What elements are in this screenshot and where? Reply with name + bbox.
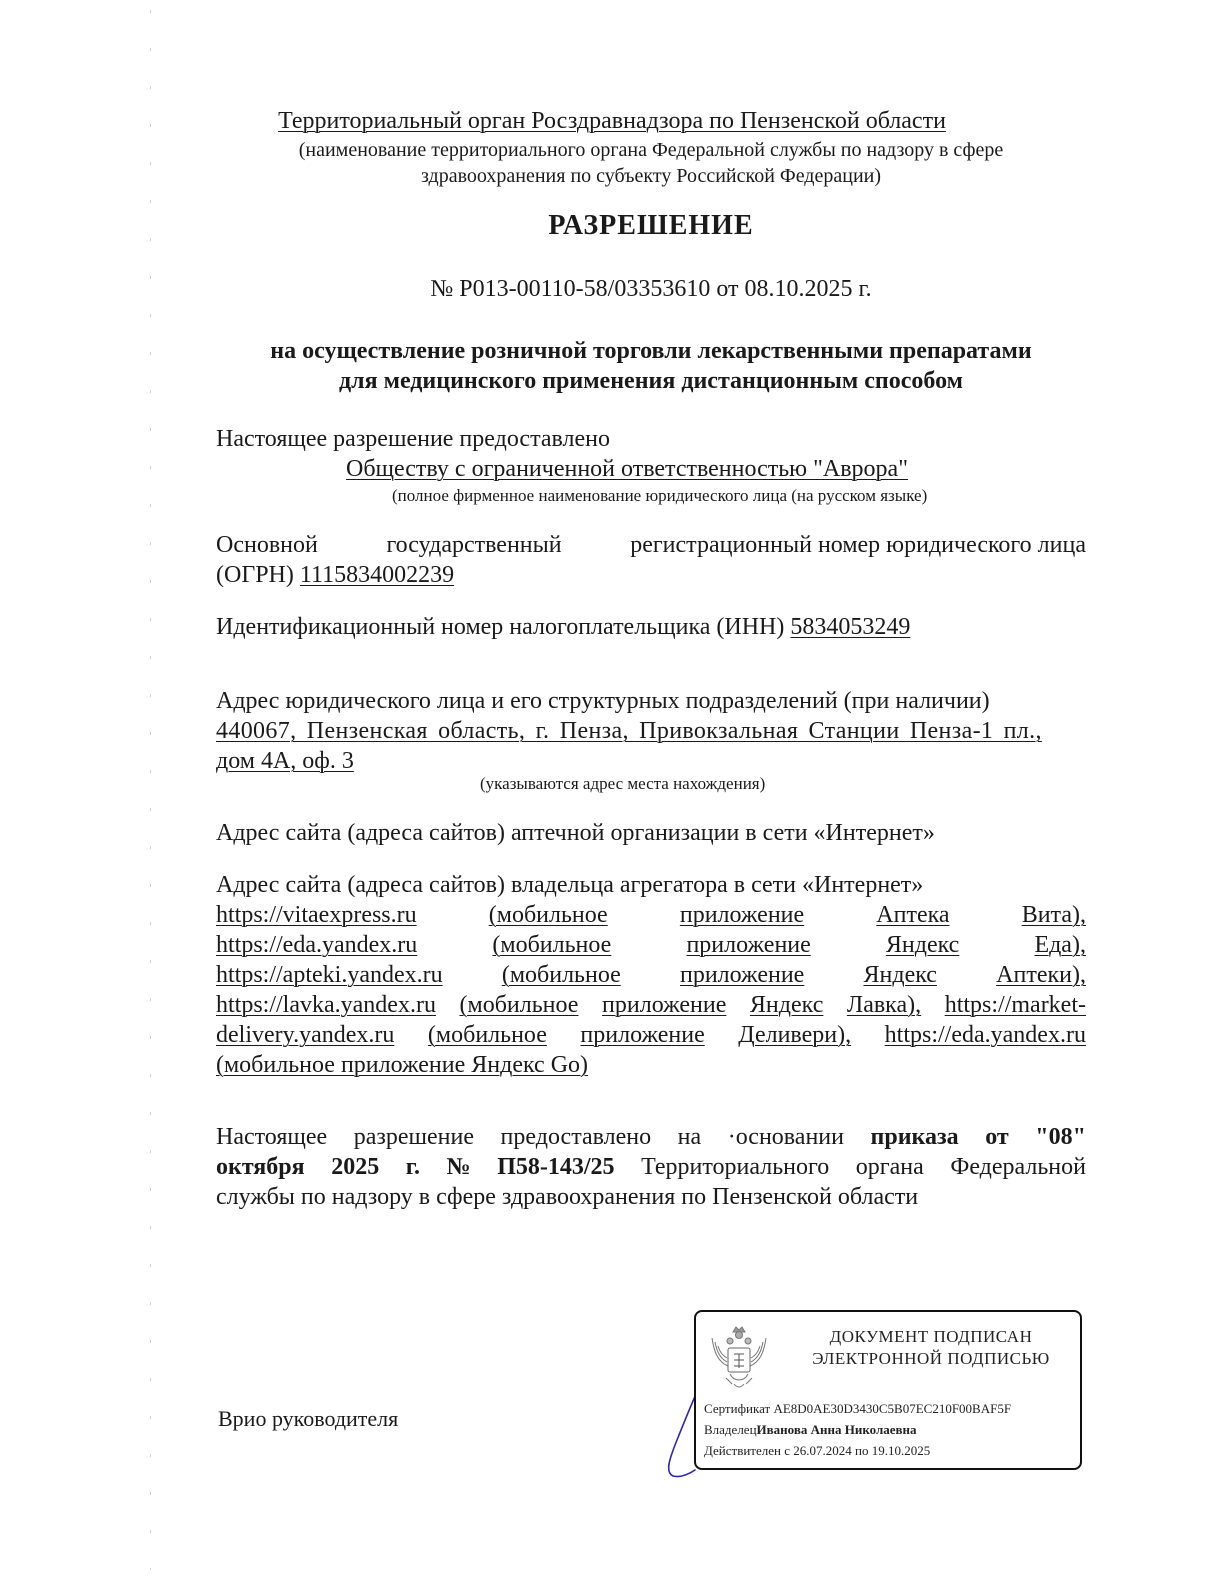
aggregator-line: https://vitaexpress.ru (мобильное прилож… xyxy=(216,900,1086,930)
aggregator-text: Яндекс xyxy=(750,990,823,1020)
ogrn-value: 1115834002239 xyxy=(300,562,454,588)
aggregator-text: (мобильное xyxy=(428,1020,547,1050)
document-number: № Р013-00110-58/03353610 от 08.10.2025 г… xyxy=(0,274,1224,304)
legal-address-label: Адрес юридического лица и его структурны… xyxy=(216,686,1086,716)
basis-word: Федеральной xyxy=(950,1152,1086,1182)
permit-document-page: Территориальный орган Росздравнадзора по… xyxy=(0,0,1224,1584)
signer-title: Врио руководителя xyxy=(218,1405,398,1433)
aggregator-text: (мобильное xyxy=(492,930,611,960)
aggregator-text: приложение xyxy=(680,900,804,930)
pharmacy-website-label: Адрес сайта (адреса сайтов) аптечной орг… xyxy=(216,818,935,848)
document-purpose-line-1: на осуществление розничной торговли лека… xyxy=(0,336,1224,366)
legal-address-caption: (указываются адрес места нахождения) xyxy=(480,773,765,795)
inn-section: Идентификационный номер налогоплательщик… xyxy=(216,612,910,642)
basis-order-number: П58-143/25 xyxy=(497,1152,614,1182)
aggregator-text: (мобильное xyxy=(502,960,621,990)
aggregator-line: delivery.yandex.ru (мобильное приложение… xyxy=(216,1020,1086,1050)
document-purpose: на осуществление розничной торговли лека… xyxy=(0,336,1224,396)
stamp-details: Сертификат AE8D0AE30D3430C5B07EC210F00BA… xyxy=(704,1398,1011,1461)
aggregator-link[interactable]: https://market- xyxy=(945,990,1086,1020)
ogrn-label-word: Основной xyxy=(216,530,318,560)
aggregator-line: https://eda.yandex.ru (мобильное приложе… xyxy=(216,930,1086,960)
aggregator-text: (мобильное приложение Яндекс Go) xyxy=(216,1050,588,1080)
aggregator-link[interactable]: https://eda.yandex.ru xyxy=(216,930,417,960)
basis-line-2: октября 2025 г. № П58-143/25 Территориал… xyxy=(216,1152,1086,1182)
aggregator-text: приложение xyxy=(602,990,726,1020)
aggregator-line: (мобильное приложение Яндекс Go) xyxy=(216,1050,1086,1080)
aggregator-text: Яндекс xyxy=(886,930,959,960)
basis-order-date-day: "08" xyxy=(1035,1122,1086,1152)
basis-word: на xyxy=(678,1122,702,1152)
basis-order-word: приказа xyxy=(871,1122,959,1152)
ogrn-label-word: государственный xyxy=(386,530,561,560)
grantee-name: Обществу с ограниченной ответственностью… xyxy=(346,454,908,484)
issuing-authority: Территориальный орган Росздравнадзора по… xyxy=(0,106,1224,136)
stamp-validity: Действителен с 26.07.2024 по 19.10.2025 xyxy=(704,1440,1011,1461)
stamp-owner: ВладелецИванова Анна Николаевна xyxy=(704,1419,1011,1440)
permit-basis-section: Настоящее разрешение предоставлено на ·о… xyxy=(216,1122,1086,1212)
aggregator-text: Еда), xyxy=(1034,930,1086,960)
ogrn-value-line: (ОГРН) 1115834002239 xyxy=(216,560,1086,590)
basis-order-word: № xyxy=(447,1152,471,1182)
certificate-label: Сертификат xyxy=(704,1401,770,1416)
basis-word: Территориального xyxy=(641,1152,829,1182)
grantee-label: Настоящее разрешение предоставлено xyxy=(216,424,610,454)
stamp-heading-line-2: ЭЛЕКТРОННОЙ ПОДПИСЬЮ xyxy=(786,1348,1076,1370)
basis-word: предоставлено xyxy=(501,1122,652,1152)
ogrn-abbr: (ОГРН) xyxy=(216,562,294,588)
basis-order-word: 2025 xyxy=(331,1152,379,1182)
basis-word: Настоящее xyxy=(216,1122,327,1152)
owner-value: Иванова Анна Николаевна xyxy=(757,1422,917,1437)
ogrn-label-word: регистрационный номер юридического лица xyxy=(630,530,1086,560)
issuing-authority-name: Территориальный орган Росздравнадзора по… xyxy=(278,108,946,134)
stamp-heading: ДОКУМЕНТ ПОДПИСАН ЭЛЕКТРОННОЙ ПОДПИСЬЮ xyxy=(786,1326,1076,1370)
ogrn-section: Основной государственный регистрационный… xyxy=(216,530,1086,590)
stamp-heading-line-1: ДОКУМЕНТ ПОДПИСАН xyxy=(786,1326,1076,1348)
legal-address-value-line-2: дом 4А, оф. 3 xyxy=(216,746,1086,776)
aggregator-text: (мобильное xyxy=(489,900,608,930)
stamp-certificate: Сертификат AE8D0AE30D3430C5B07EC210F00BA… xyxy=(704,1398,1011,1419)
basis-word: службы по надзору в сфере здравоохранени… xyxy=(216,1182,918,1212)
basis-order-word: октября xyxy=(216,1152,305,1182)
authority-caption-line-1: (наименование территориального органа Фе… xyxy=(0,137,1224,163)
document-purpose-line-2: для медицинского применения дистанционны… xyxy=(0,366,1224,396)
legal-address-text: дом 4А, оф. 3 xyxy=(216,748,354,774)
legal-address-text: 440067, Пензенская область, г. Пенза, Пр… xyxy=(216,716,1042,746)
basis-order-word: от xyxy=(985,1122,1008,1152)
aggregator-text: Лавка), xyxy=(847,990,921,1020)
aggregator-text: Аптеки), xyxy=(996,960,1086,990)
validity-label: Действителен xyxy=(704,1443,781,1458)
inn-label: Идентификационный номер налогоплательщик… xyxy=(216,614,784,640)
aggregator-text: приложение xyxy=(680,960,804,990)
aggregator-text: приложение xyxy=(686,930,810,960)
basis-line-1: Настоящее разрешение предоставлено на ·о… xyxy=(216,1122,1086,1152)
aggregator-text: Яндекс xyxy=(864,960,937,990)
grantee-name-value: Обществу с ограниченной ответственностью… xyxy=(346,456,908,482)
aggregator-link[interactable]: delivery.yandex.ru xyxy=(216,1020,394,1050)
aggregator-line: https://lavka.yandex.ru (мобильное прило… xyxy=(216,990,1086,1020)
authority-caption-line-2: здравоохранения по субъекту Российской Ф… xyxy=(0,163,1224,189)
owner-label: Владелец xyxy=(704,1422,757,1437)
basis-word: органа xyxy=(856,1152,924,1182)
issuing-authority-caption: (наименование территориального органа Фе… xyxy=(0,137,1224,189)
validity-value: с 26.07.2024 по 19.10.2025 xyxy=(784,1443,930,1458)
legal-address-value-line-1: 440067, Пензенская область, г. Пенза, Пр… xyxy=(216,716,1086,746)
inn-value: 5834053249 xyxy=(790,614,910,640)
scan-artifact-line xyxy=(150,10,151,1570)
aggregator-line: https://apteki.yandex.ru (мобильное прил… xyxy=(216,960,1086,990)
document-title: РАЗРЕШЕНИЕ xyxy=(0,208,1224,244)
grantee-name-caption: (полное фирменное наименование юридическ… xyxy=(392,485,927,507)
aggregator-link[interactable]: https://vitaexpress.ru xyxy=(216,900,417,930)
basis-line-3: службы по надзору в сфере здравоохранени… xyxy=(216,1182,1086,1212)
aggregator-link[interactable]: https://eda.yandex.ru xyxy=(885,1020,1086,1050)
aggregator-websites-section: Адрес сайта (адреса сайтов) владельца аг… xyxy=(216,870,1086,1080)
certificate-value: AE8D0AE30D3430C5B07EC210F00BAF5F xyxy=(773,1401,1011,1416)
aggregator-websites-label: Адрес сайта (адреса сайтов) владельца аг… xyxy=(216,870,1086,900)
aggregator-link[interactable]: https://apteki.yandex.ru xyxy=(216,960,443,990)
aggregator-text: Вита), xyxy=(1022,900,1086,930)
basis-word: ·основании xyxy=(728,1122,844,1152)
russian-coat-of-arms-icon xyxy=(708,1324,770,1390)
aggregator-text: приложение xyxy=(580,1020,704,1050)
aggregator-text: Деливери), xyxy=(738,1020,851,1050)
aggregator-link[interactable]: https://lavka.yandex.ru xyxy=(216,990,436,1020)
basis-order-word: г. xyxy=(406,1152,420,1182)
aggregator-text: (мобильное xyxy=(460,990,579,1020)
basis-word: разрешение xyxy=(354,1122,474,1152)
ogrn-label: Основной государственный регистрационный… xyxy=(216,530,1086,560)
aggregator-text: Аптека xyxy=(876,900,949,930)
electronic-signature-stamp: ДОКУМЕНТ ПОДПИСАН ЭЛЕКТРОННОЙ ПОДПИСЬЮ С… xyxy=(694,1310,1082,1470)
legal-address-section: Адрес юридического лица и его структурны… xyxy=(216,686,1086,776)
